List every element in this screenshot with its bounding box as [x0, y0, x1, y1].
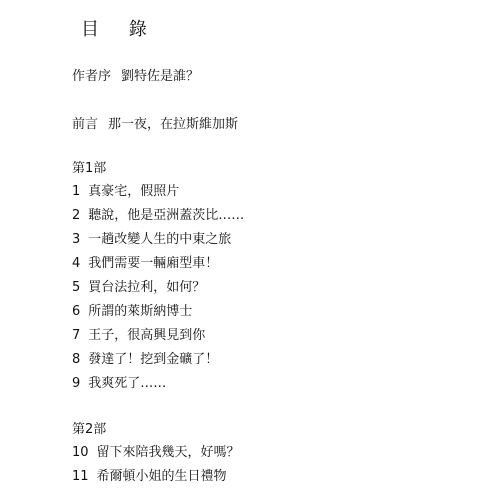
- chapter-title: 真豪宅，假照片: [88, 184, 179, 199]
- entry-prefix: 前言: [72, 117, 98, 132]
- toc-entry-chapter[interactable]: 2聽說，他是亞洲蓋茨比……: [72, 207, 244, 225]
- toc-entry-preface[interactable]: 作者序劉特佐是誰？: [72, 68, 199, 86]
- chapter-title: 希爾頓小姐的生日禮物: [97, 469, 227, 484]
- toc-entry-chapter[interactable]: 6所謂的萊斯納博士: [72, 303, 192, 321]
- part-heading: 第1部: [72, 160, 106, 178]
- chapter-title: 發達了！挖到金礦了！: [88, 352, 218, 367]
- entry-title: 劉特佐是誰？: [121, 69, 199, 84]
- entry-title: 那一夜，在拉斯維加斯: [108, 117, 238, 132]
- toc-entry-chapter[interactable]: 3一趟改變人生的中東之旅: [72, 231, 231, 249]
- toc-entry-chapter[interactable]: 7王子，很高興見到你: [72, 327, 205, 345]
- toc-entry-chapter[interactable]: 4我們需要一輛廂型車！: [72, 255, 218, 273]
- toc-title: 目 錄: [81, 18, 159, 42]
- toc-entry-chapter[interactable]: 9我爽死了……: [72, 375, 166, 393]
- chapter-number: 10: [72, 444, 89, 462]
- toc-entry-chapter[interactable]: 10留下來陪我幾天，好嗎？: [72, 444, 240, 462]
- toc-entry-chapter[interactable]: 5買台法拉利，如何？: [72, 279, 205, 297]
- chapter-number: 8: [72, 351, 80, 369]
- chapter-number: 7: [72, 327, 80, 345]
- toc-entry-chapter[interactable]: 1真豪宅，假照片: [72, 183, 179, 201]
- chapter-number: 4: [72, 255, 80, 273]
- chapter-title: 王子，很高興見到你: [88, 328, 205, 343]
- chapter-number: 9: [72, 375, 80, 393]
- chapter-title: 留下來陪我幾天，好嗎？: [97, 445, 240, 460]
- part-heading: 第2部: [72, 421, 106, 439]
- chapter-number: 6: [72, 303, 80, 321]
- chapter-title: 所謂的萊斯納博士: [88, 304, 192, 319]
- chapter-number: 5: [72, 279, 80, 297]
- entry-prefix: 作者序: [72, 69, 111, 84]
- chapter-title: 聽說，他是亞洲蓋茨比……: [88, 208, 244, 223]
- toc-entry-chapter[interactable]: 11希爾頓小姐的生日禮物: [72, 468, 227, 486]
- chapter-number: 11: [72, 468, 89, 486]
- chapter-number: 2: [72, 207, 80, 225]
- toc-entry-foreword[interactable]: 前言那一夜，在拉斯維加斯: [72, 116, 238, 134]
- chapter-number: 1: [72, 183, 80, 201]
- chapter-title: 一趟改變人生的中東之旅: [88, 232, 231, 247]
- toc-entry-chapter[interactable]: 8發達了！挖到金礦了！: [72, 351, 218, 369]
- chapter-title: 我爽死了……: [88, 376, 166, 391]
- chapter-number: 3: [72, 231, 80, 249]
- chapter-title: 我們需要一輛廂型車！: [88, 256, 218, 271]
- chapter-title: 買台法拉利，如何？: [88, 280, 205, 295]
